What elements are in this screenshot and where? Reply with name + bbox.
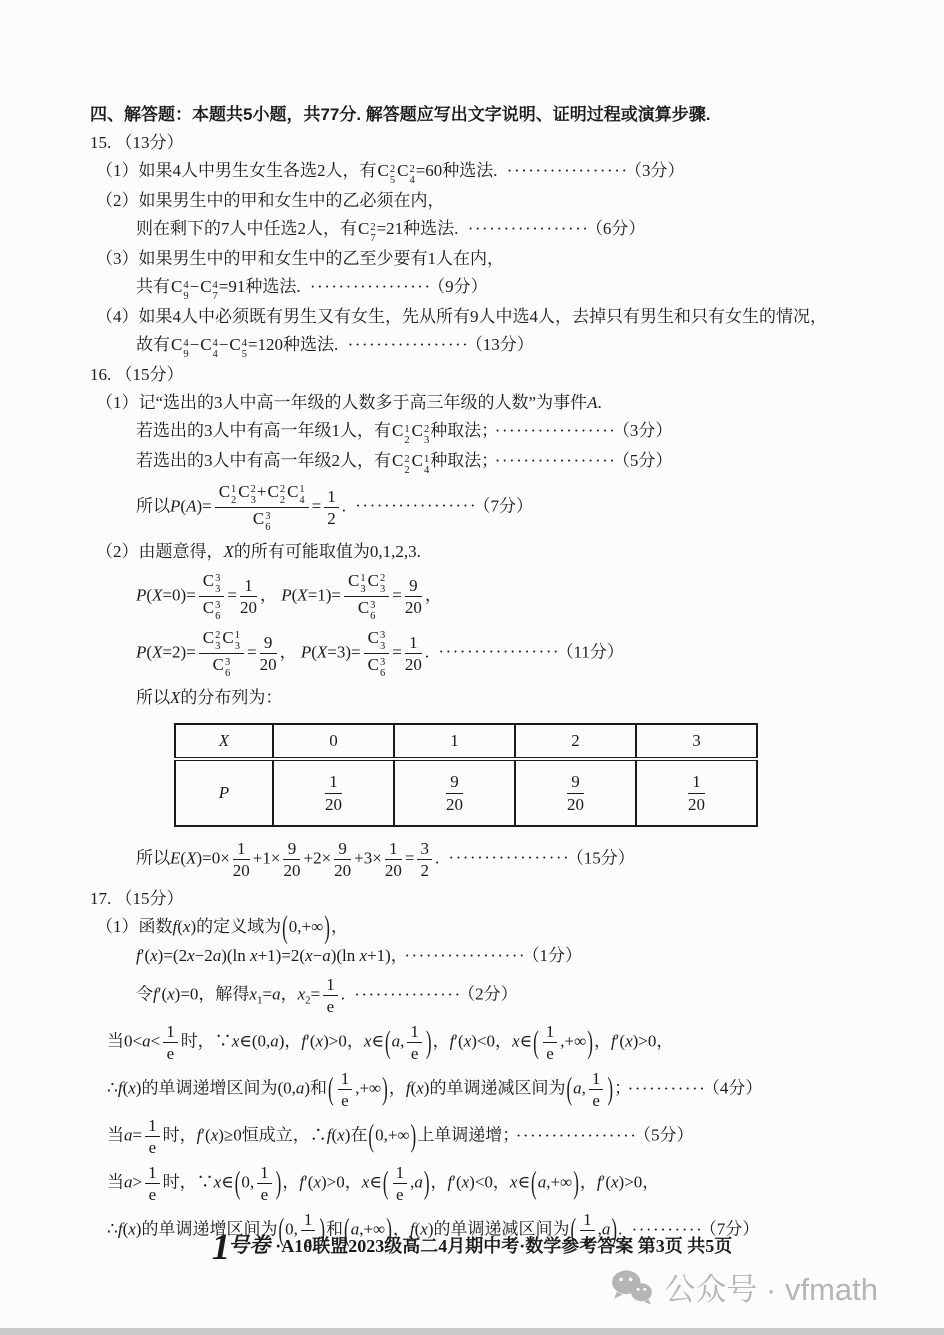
text-line: 故有C49−C44−C45=120种选法. ·················（… — [136, 332, 864, 360]
distribution-table: X 0 1 2 3 P 120 920 920 120 — [174, 723, 758, 827]
watermark: 公众号 · vfmath — [610, 1264, 878, 1309]
table-row-x: X 0 1 2 3 — [175, 724, 757, 759]
text-line: （2）如果男生中的甲和女生中的乙必须在内， — [96, 188, 864, 214]
text-line: （1）记“选出的3人中高一年级的人数多于高三年级的人数”为事件A. — [96, 390, 864, 416]
table-cell: 2 — [515, 724, 636, 759]
text-line: 17. （15分） — [90, 886, 864, 912]
table-cell: P — [175, 759, 273, 826]
document-body: 四、解答题：本题共5小题，共77分. 解答题应写出文字说明、证明过程或演算步骤.… — [0, 0, 944, 1251]
text-line: P(X=0)=C33C36=120， P(X=1)=C13C23C36=920， — [136, 571, 864, 622]
table-cell: 120 — [636, 759, 757, 826]
text-line: f′(x)=(2x−2a)(ln x+1)=2(x−a)(ln x+1)，···… — [136, 943, 864, 969]
brand-logo: 1 — [212, 1227, 229, 1268]
text-line: （4）如果4人中必须既有男生又有女生，先从所有9人中选4人，去掉只有男生和只有女… — [96, 304, 864, 330]
text-line: 则在剩下的7人中任选2人，有C27=21种选法. ···············… — [136, 216, 864, 244]
text-line: 所以X的分布列为： — [136, 685, 864, 711]
solution-text-block-2: 所以E(X)=0×120+1×920+2×920+3×120=32. ·····… — [90, 839, 864, 1251]
table-cell: 920 — [515, 759, 636, 826]
text-line: （3）如果男生中的甲和女生中的乙至少要有1人在内， — [96, 246, 864, 272]
table-cell: X — [175, 724, 273, 759]
text-line: （1）如果4人中男生女生各选2人，有C25C24=60种选法. ········… — [96, 158, 864, 186]
scanned-answer-page: 四、解答题：本题共5小题，共77分. 解答题应写出文字说明、证明过程或演算步骤.… — [0, 0, 944, 1335]
text-line: ∴f(x)的单调递增区间为(0,a)和(1e,+∞)，f(x)的单调递减区间为(… — [107, 1069, 864, 1110]
page-footer: 1号卷·A10联盟2023级高二4月期中考·数学参考答案 第3页 共5页 — [0, 1226, 944, 1269]
text-line: 令f′(x)=0，解得x1=a，x2=1e. ···············（2… — [136, 975, 864, 1016]
solution-text-block-1: 四、解答题：本题共5小题，共77分. 解答题应写出文字说明、证明过程或演算步骤.… — [90, 102, 864, 711]
text-line: （1）函数f(x)的定义域为(0,+∞)， — [96, 914, 864, 941]
text-line: 若选出的3人中有高一年级1人，有C12C23种取法；··············… — [136, 418, 864, 446]
text-line: 所以E(X)=0×120+1×920+2×920+3×120=32. ·····… — [136, 839, 864, 880]
text-line: P(X=2)=C23C13C36=920， P(X=3)=C33C36=120.… — [136, 628, 864, 679]
bottom-scan-bar — [0, 1328, 944, 1335]
table-row-p: P 120 920 920 120 — [175, 759, 757, 826]
brand-logo-text: 号卷 — [228, 1233, 270, 1257]
text-line: 16. （15分） — [90, 362, 864, 388]
text-line: 若选出的3人中有高一年级2人，有C22C14种取法；··············… — [136, 448, 864, 476]
table-cell: 1 — [394, 724, 515, 759]
table-cell: 920 — [394, 759, 515, 826]
wechat-icon — [610, 1269, 654, 1305]
table-cell: 0 — [273, 724, 394, 759]
footer-text: ·A10联盟2023级高二4月期中考·数学参考答案 第3页 共5页 — [275, 1236, 732, 1256]
table-cell: 120 — [273, 759, 394, 826]
text-line: 当a>1e时，∵x∈(0,1e)，f′(x)>0，x∈(1e,a)，f′(x)<… — [107, 1163, 864, 1204]
text-line: 四、解答题：本题共5小题，共77分. 解答题应写出文字说明、证明过程或演算步骤. — [90, 102, 864, 128]
table-cell: 3 — [636, 724, 757, 759]
text-line: 所以P(A)=C12C23+C22C14C36=12. ············… — [136, 482, 864, 533]
text-line: 当0<a<1e时，∵x∈(0,a)，f′(x)>0，x∈(a,1e)，f′(x)… — [107, 1022, 864, 1063]
text-line: 15. （13分） — [90, 130, 864, 156]
text-line: 共有C49−C47=91种选法. ·················（9分） — [136, 274, 864, 302]
text-line: 当a=1e时，f′(x)≥0恒成立，∴f(x)在(0,+∞)上单调递增；····… — [107, 1116, 864, 1157]
text-line: （2）由题意得，X的所有可能取值为0,1,2,3. — [96, 539, 864, 565]
watermark-text: 公众号 · vfmath — [664, 1264, 878, 1309]
